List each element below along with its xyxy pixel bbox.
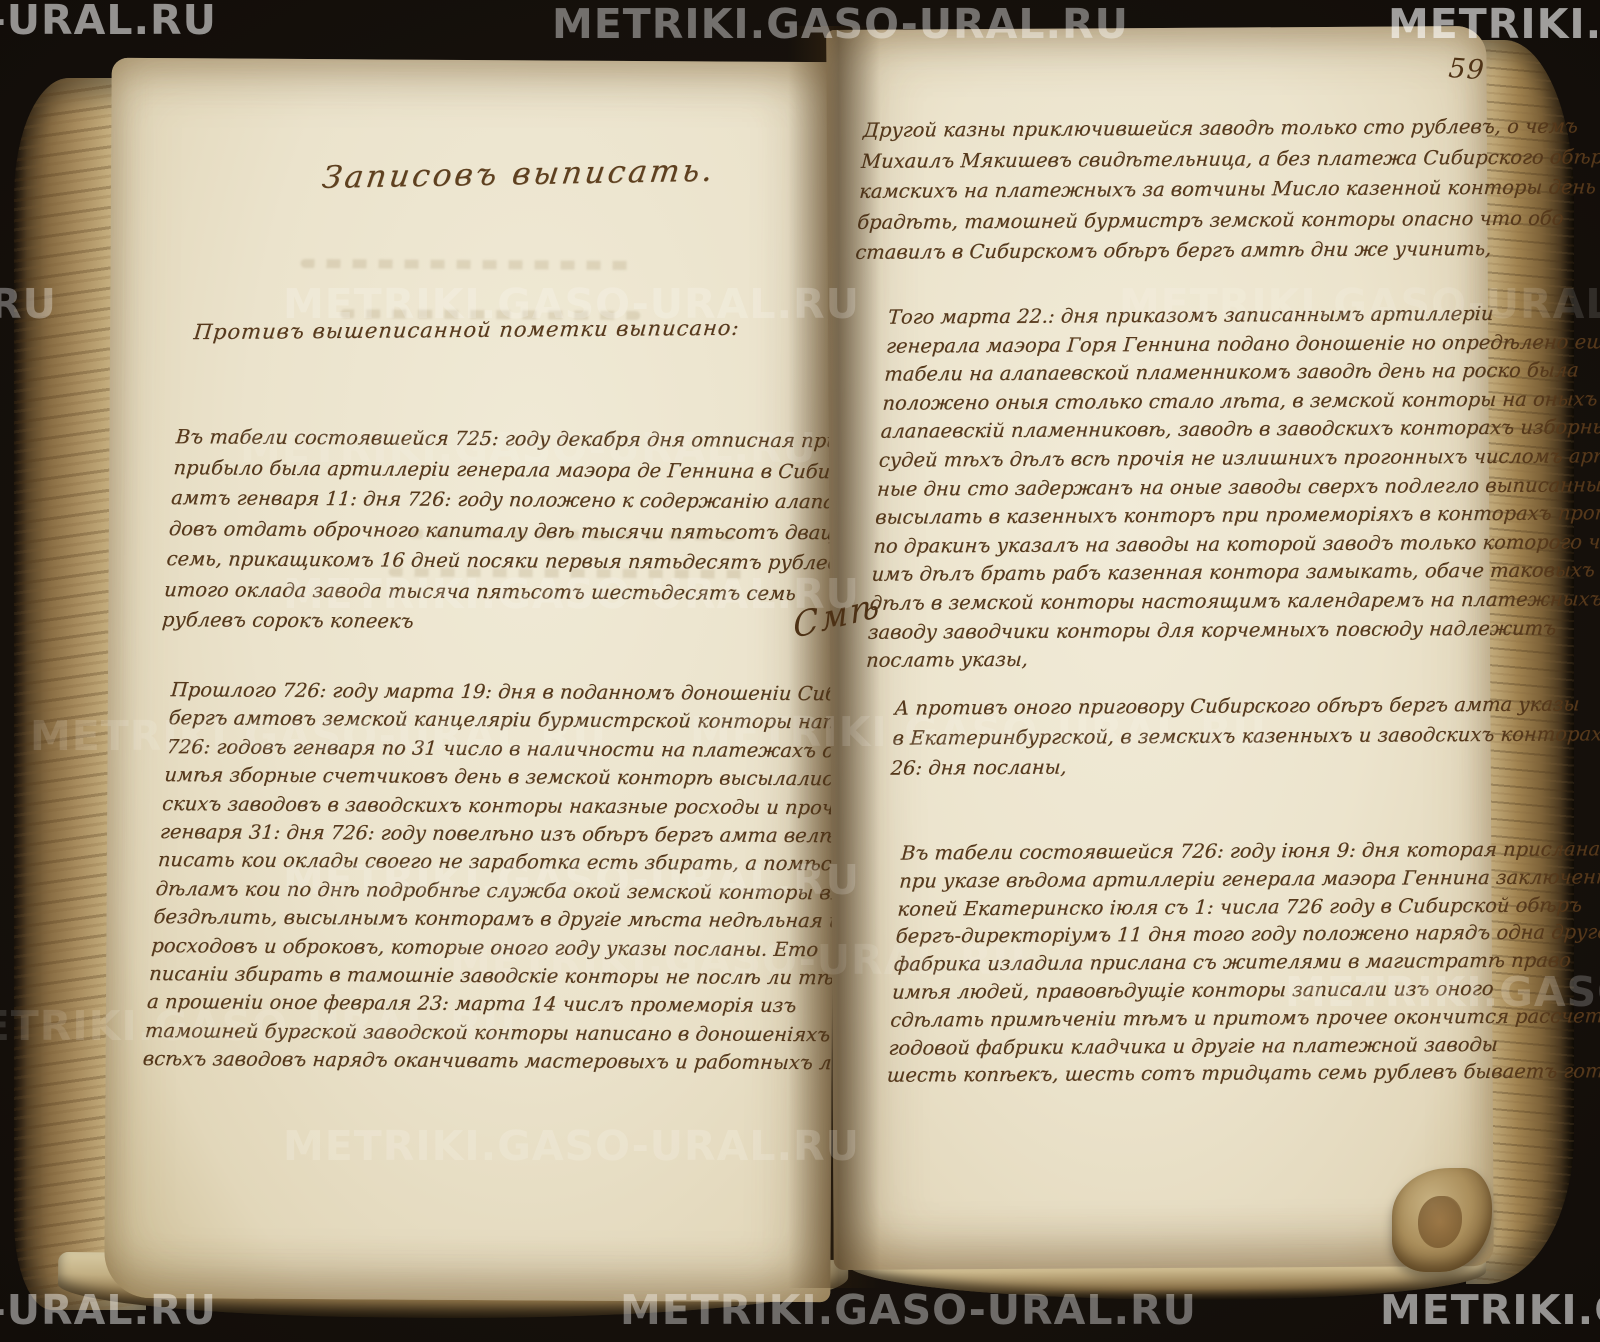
ink-showthrough — [301, 259, 631, 270]
handwritten-line: бергъ-директоріумъ 11 дня того году поло… — [895, 918, 1600, 950]
handwritten-line: высылать в казенныхъ конторъ при промемо… — [874, 499, 1600, 533]
handwritten-line: годовой фабрики кладчика и другіе на пла… — [888, 1030, 1600, 1062]
handwritten-line: при указе вѣдома артиллеріи генерала маэ… — [898, 863, 1600, 895]
handwritten-line: копей Екатеринско іюля съ 1: числа 726 г… — [897, 891, 1600, 923]
archive-watermark-text: METRIKI.GASO-URAL.RU — [0, 0, 217, 44]
handwritten-line: послать указы, — [865, 642, 1600, 676]
folio-number: 59 — [1448, 53, 1486, 86]
handwritten-line: дѣлъ в земской конторы настоящимъ календ… — [869, 585, 1600, 619]
handwritten-line: брадѣть, тамошней бурмистръ земской конт… — [856, 202, 1600, 238]
handwritten-line: шесть копѣекъ, шесть сотъ тридцать семь … — [886, 1057, 1600, 1089]
right-paragraph-1: Другой казны приключившейся заводѣ тольк… — [854, 110, 1600, 268]
handwritten-line: генерала маэора Горя Геннина подано доно… — [885, 327, 1600, 361]
handwritten-line: сдѣлать примѣченіи тѣмъ и притомъ прочее… — [889, 1002, 1600, 1034]
handwritten-line: камскихъ на платежныхъ за вотчины Мисло … — [858, 171, 1600, 207]
left-manuscript-page: Записовъ выписать. Противъ вышеписанной … — [104, 58, 838, 1302]
handwritten-line: алапаевскій пламенниковѣ, заводѣ в завод… — [880, 413, 1600, 447]
handwritten-line: Въ табели состоявшейся 726: году іюня 9:… — [900, 835, 1600, 867]
right-paragraph-4: Въ табели состоявшейся 726: году іюня 9:… — [886, 835, 1600, 1090]
right-manuscript-page: 59 Другой казны приключившейся заводѣ то… — [826, 26, 1494, 1270]
handwritten-line: Другой казны приключившейся заводѣ тольк… — [862, 110, 1600, 146]
handwritten-line: имѣя людей, правовѣдущіе конторы записал… — [891, 974, 1600, 1006]
handwritten-line: по дракинъ указалъ на заводы на которой … — [872, 527, 1600, 561]
handwritten-line: А противъ оного приговору Сибирского обѣ… — [894, 689, 1600, 724]
scanned-book-photo: Записовъ выписать. Противъ вышеписанной … — [0, 0, 1600, 1342]
page-heading: Записовъ выписать. — [320, 153, 718, 196]
section-subheading: Противъ вышеписанной пометки выписано: — [193, 316, 741, 344]
handwritten-line: табели на алапаевской пламенникомъ завод… — [883, 356, 1600, 390]
handwritten-line: в Екатеринбургской, в земскихъ казенныхъ… — [892, 719, 1600, 754]
handwritten-line: ные дни сто задержанъ на оные заводы све… — [876, 470, 1600, 504]
right-paragraph-3: А противъ оного приговору Сибирского обѣ… — [890, 689, 1600, 784]
handwritten-line: судей тѣхъ дѣлъ всѣ прочія не излишнихъ … — [878, 442, 1600, 476]
handwritten-line: заводу заводчики конторы для корчемныхъ … — [867, 613, 1600, 647]
handwritten-line: фабрика изладила прислана съ жителями в … — [893, 946, 1600, 978]
handwritten-line: ставилъ в Сибирскомъ обѣръ бергъ амтѣ дн… — [854, 232, 1600, 268]
handwritten-line: имъ дѣлъ брать рабъ казенная контора зам… — [871, 556, 1600, 590]
right-paragraph-2: Того марта 22.: дня приказомъ записанным… — [865, 299, 1600, 676]
handwritten-line: Михаилъ Мякишевъ свидѣтельница, а без пл… — [860, 141, 1600, 177]
handwritten-line: Того марта 22.: дня приказомъ записанным… — [887, 299, 1600, 333]
handwritten-line: 26: дня посланы, — [890, 749, 1600, 784]
handwritten-line: положено оныя столько стало лѣта, в земс… — [882, 384, 1600, 418]
archive-watermark-text: METRIKI.GASO-URAL.RU — [1380, 1286, 1600, 1334]
